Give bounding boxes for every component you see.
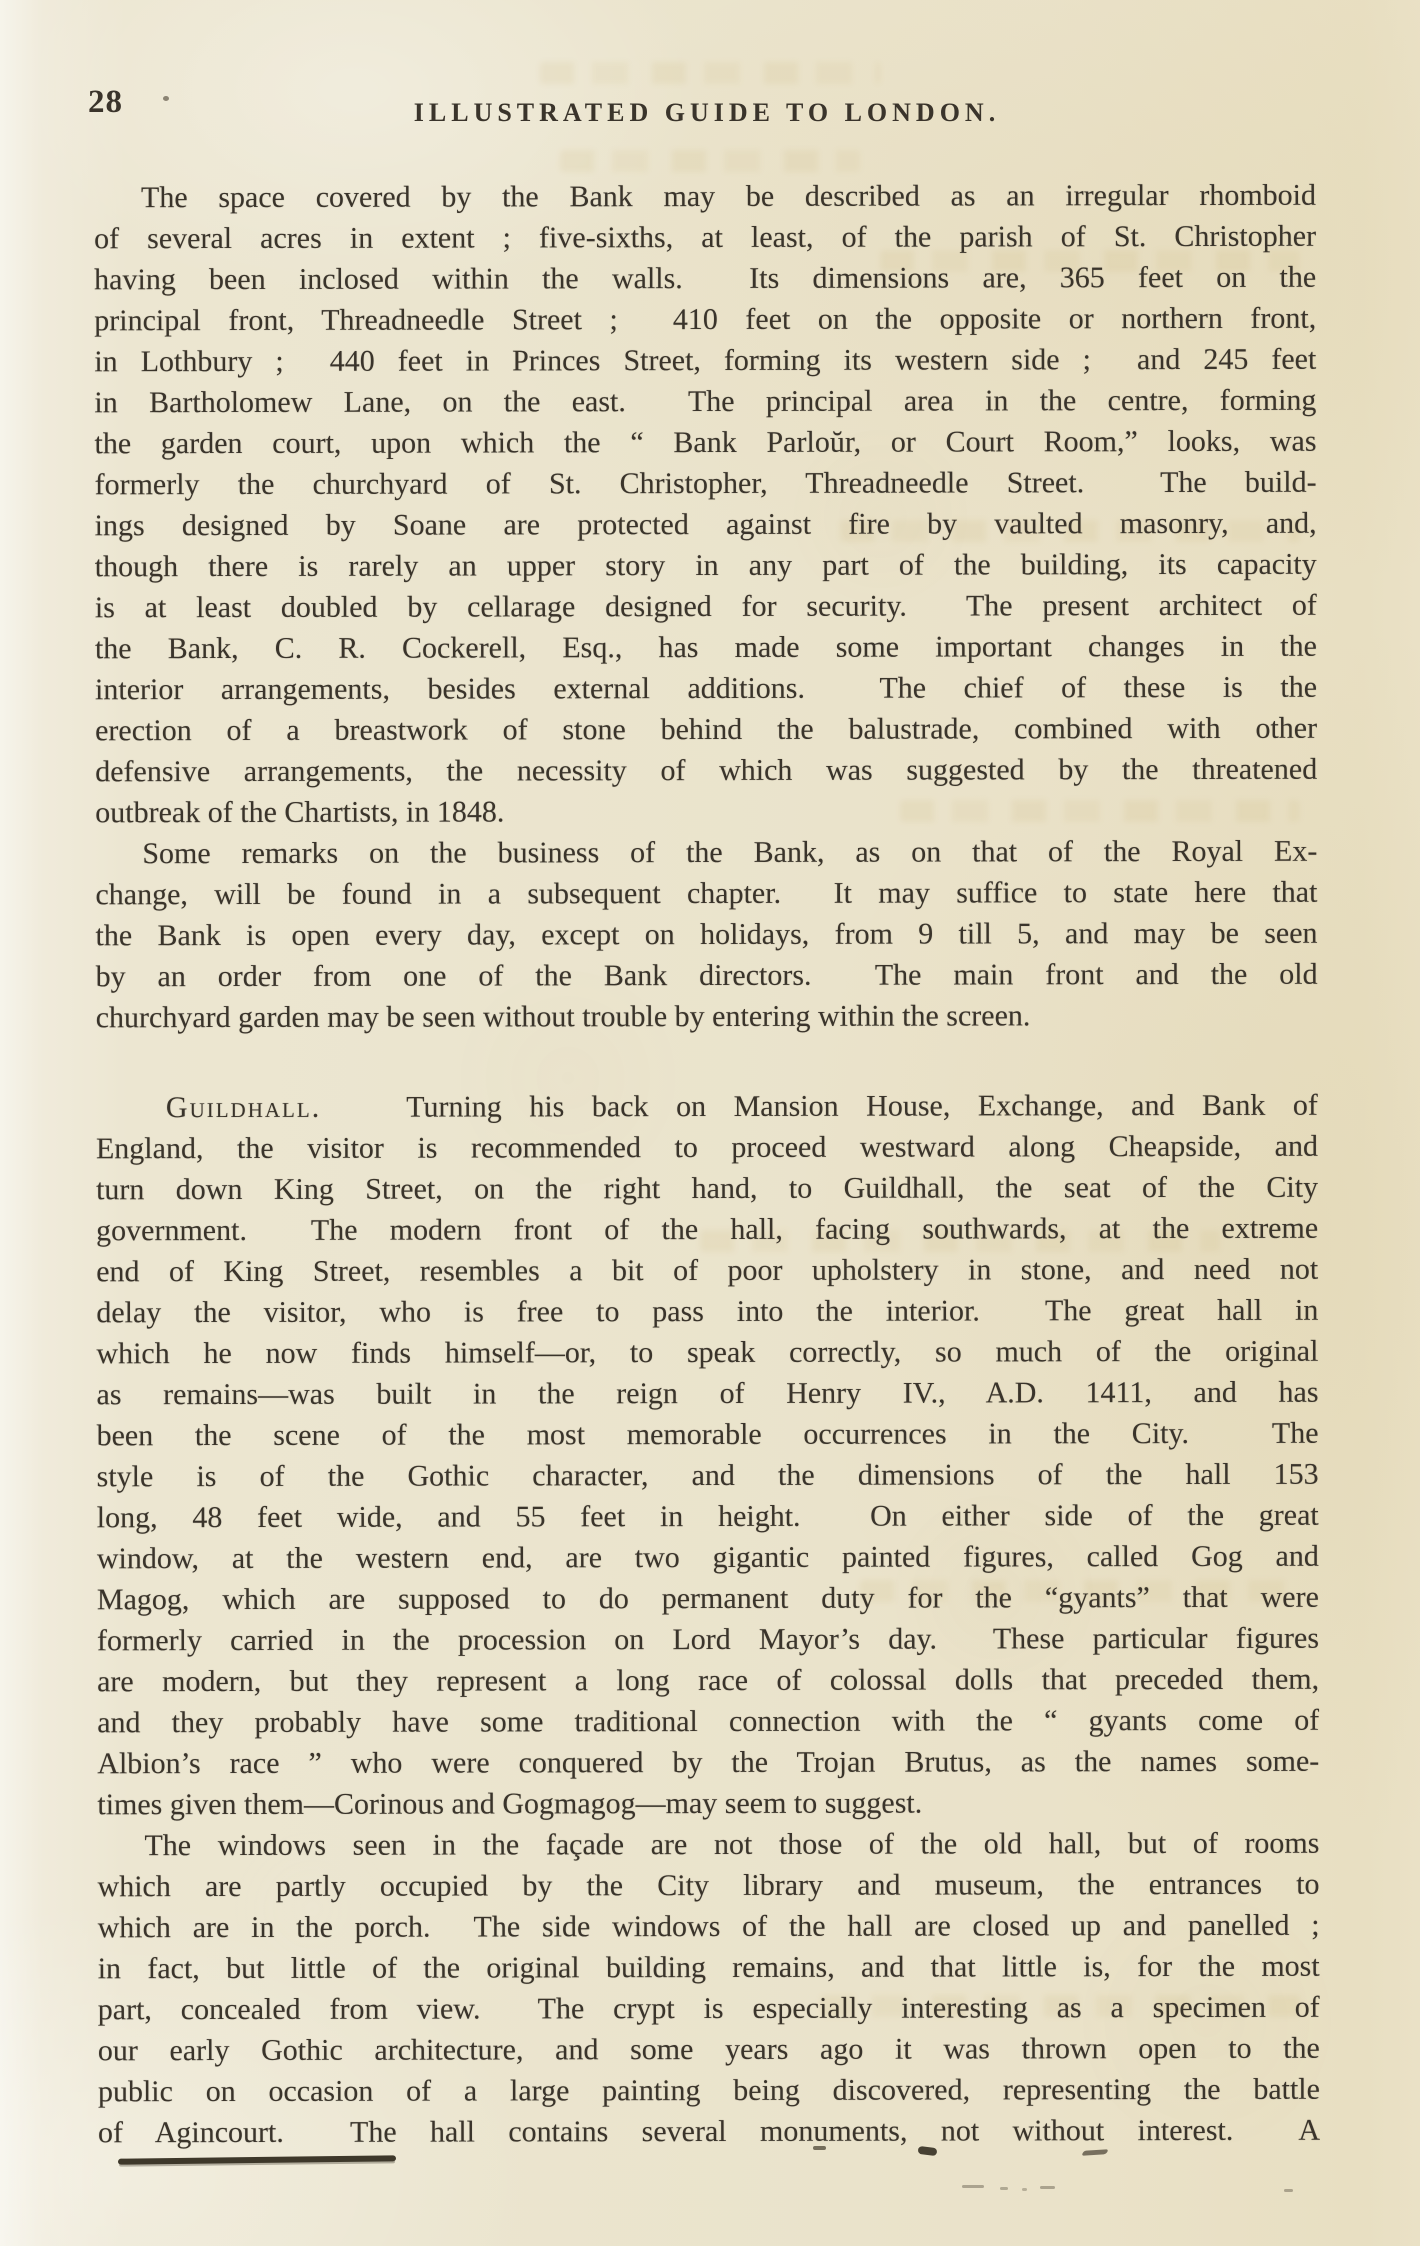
text-line: public on occasion of a large painting b… — [98, 2069, 1320, 2113]
text-line: are modern, but they represent a long ra… — [97, 1659, 1319, 1703]
text-line: which are in the porch. The side windows… — [98, 1905, 1320, 1949]
paragraph: The windows seen in the façade are not t… — [97, 1823, 1320, 2154]
bleed-through-artifact — [560, 150, 860, 172]
text-line: part, concealed from view. The crypt is … — [98, 1987, 1320, 2031]
running-title: ILLUSTRATED GUIDE TO LONDON. — [96, 98, 1318, 128]
pencil-dash-mark — [962, 2185, 984, 2188]
text-line: the Bank, C. R. Cockerell, Esq., has mad… — [95, 626, 1317, 670]
pencil-dash-mark — [1284, 2189, 1293, 2192]
text-line: window, at the western end, are two giga… — [97, 1536, 1319, 1580]
text-line: formerly carried in the procession on Lo… — [97, 1618, 1319, 1662]
paragraph: The space covered by the Bank may be des… — [94, 175, 1317, 834]
text-line: turn down King Street, on the right hand… — [96, 1167, 1318, 1211]
text-line-content: Turning his back on Mansion House, Excha… — [406, 1085, 1318, 1128]
text-line: is at least doubled by cellarage designe… — [95, 585, 1317, 629]
text-line: Some remarks on the business of the Bank… — [95, 831, 1317, 875]
text-line: and they probably have some traditional … — [97, 1700, 1319, 1744]
text-line: outbreak of the Chartists, in 1848. — [95, 790, 1317, 834]
text-line: government. The modern front of the hall… — [96, 1208, 1318, 1252]
text-line: having been inclosed within the walls. I… — [94, 257, 1316, 301]
scanned-book-page: 28 ILLUSTRATED GUIDE TO LONDON. The spac… — [0, 0, 1420, 2246]
text-line: in Bartholomew Lane, on the east. The pr… — [94, 380, 1316, 424]
pencil-dash-mark — [1022, 2188, 1027, 2191]
pencil-dash-mark — [1000, 2187, 1008, 2190]
text-line: ings designed by Soane are protected aga… — [95, 503, 1317, 547]
text-line: as remains—was built in the reign of Hen… — [96, 1372, 1318, 1416]
text-line: The space covered by the Bank may be des… — [94, 175, 1316, 219]
text-line: long, 48 feet wide, and 55 feet in heigh… — [97, 1495, 1319, 1539]
text-line: formerly the churchyard of St. Christoph… — [95, 462, 1317, 506]
text-line: principal front, Threadneedle Street ; 4… — [94, 298, 1316, 342]
text-line: The windows seen in the façade are not t… — [97, 1823, 1319, 1867]
text-line: churchyard garden may be seen without tr… — [96, 995, 1318, 1039]
text-line: delay the visitor, who is free to pass i… — [96, 1290, 1318, 1334]
text-line: interior arrangements, besides external … — [95, 667, 1317, 711]
text-line: in fact, but little of the original buil… — [98, 1946, 1320, 1990]
text-line: of several acres in extent ; five-sixths… — [94, 216, 1316, 260]
text-line: by an order from one of the Bank directo… — [96, 954, 1318, 998]
paragraph: Some remarks on the business of the Bank… — [95, 831, 1317, 1039]
pencil-dash-mark — [1040, 2186, 1055, 2189]
section-sidehead: Guildhall. — [166, 1087, 321, 1128]
running-head: 28 ILLUSTRATED GUIDE TO LONDON. — [96, 84, 1318, 144]
text-line: times given them—Corinous and Gogmagog—m… — [97, 1782, 1319, 1826]
text-line: England, the visitor is recommended to p… — [96, 1126, 1318, 1170]
text-line: change, will be found in a subsequent ch… — [95, 872, 1317, 916]
bleed-through-artifact — [540, 62, 880, 84]
text-block: The space covered by the Bank may be des… — [94, 175, 1320, 2154]
text-line: style is of the Gothic character, and th… — [97, 1454, 1319, 1498]
agincourt-underline-mark — [118, 2155, 396, 2164]
text-line: which are partly occupied by the City li… — [97, 1864, 1319, 1908]
text-line: end of King Street, resembles a bit of p… — [96, 1249, 1318, 1293]
text-line: Magog, which are supposed to do permanen… — [97, 1577, 1319, 1621]
text-line: in Lothbury ; 440 feet in Princes Street… — [94, 339, 1316, 383]
text-line: defensive arrangements, the necessity of… — [95, 749, 1317, 793]
text-line: the garden court, upon which the “ Bank … — [94, 421, 1316, 465]
text-line: Albion’s race ” who were conquered by th… — [97, 1741, 1319, 1785]
paragraph: Guildhall.Turning his back on Mansion Ho… — [96, 1085, 1320, 1826]
text-line: been the scene of the most memorable occ… — [97, 1413, 1319, 1457]
text-line: erection of a breastwork of stone behind… — [95, 708, 1317, 752]
text-line: the Bank is open every day, except on ho… — [95, 913, 1317, 957]
text-line: Guildhall.Turning his back on Mansion Ho… — [96, 1085, 1318, 1129]
text-line: of Agincourt. The hall contains several … — [98, 2110, 1320, 2154]
text-line: our early Gothic architecture, and some … — [98, 2028, 1320, 2072]
text-line: though there is rarely an upper story in… — [95, 544, 1317, 588]
text-line: which he now finds himself—or, to speak … — [96, 1331, 1318, 1375]
